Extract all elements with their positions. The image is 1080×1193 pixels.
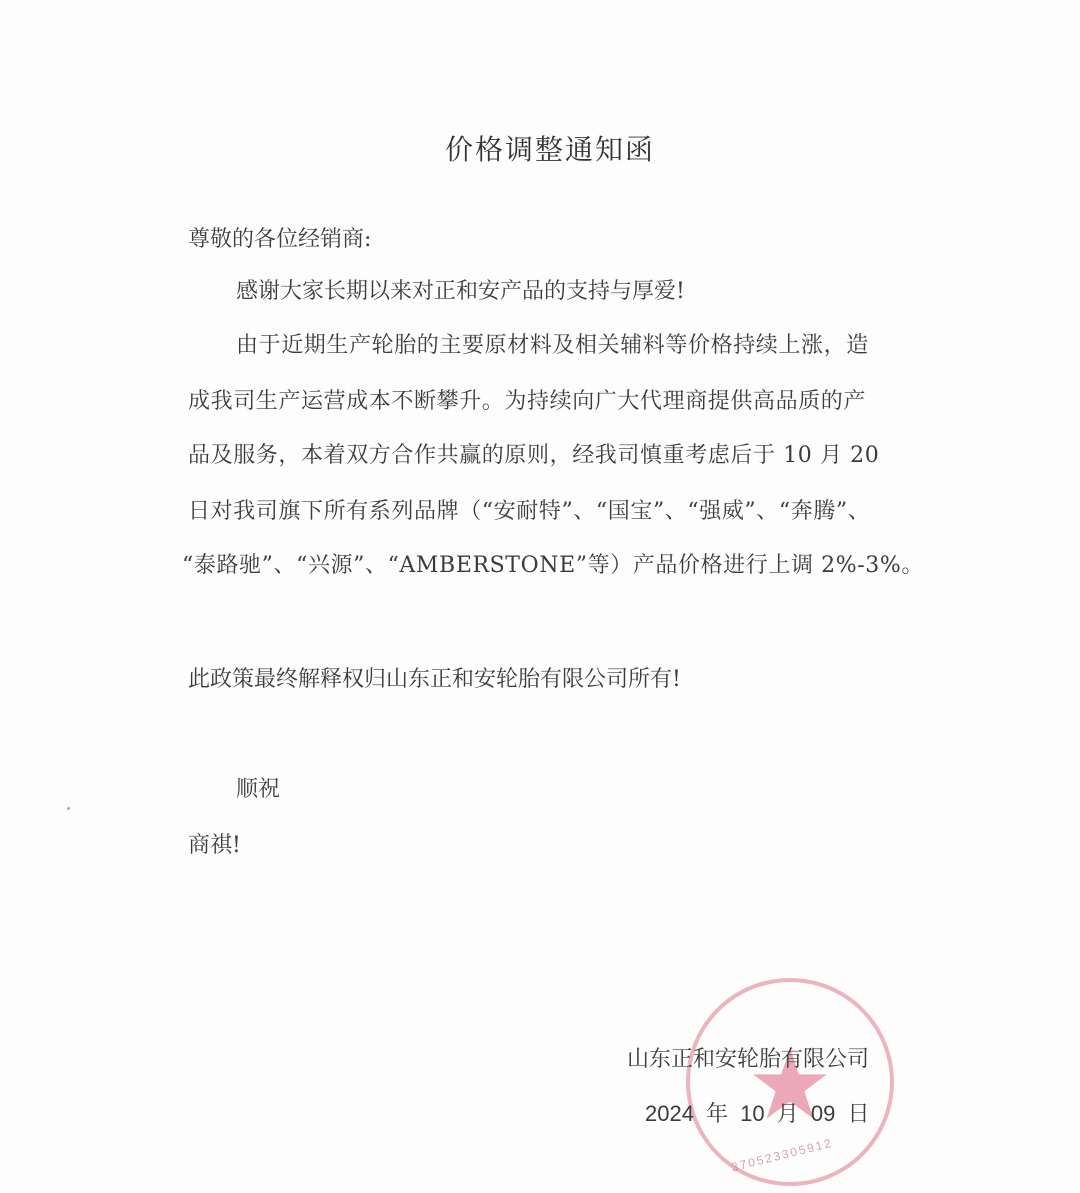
salutation: 尊敬的各位经销商:: [188, 222, 371, 253]
body-line-5: “泰路驰”、“兴源”、“AMBERSTONE”等）产品价格进行上调 2%-3%。: [182, 548, 924, 579]
policy-statement: 此政策最终解释权归山东正和安轮胎有限公司所有!: [188, 662, 681, 693]
body-line-1: 由于近期生产轮胎的主要原材料及相关辅料等价格持续上涨，造: [236, 328, 869, 359]
thanks-paragraph: 感谢大家长期以来对正和安产品的支持与厚爱!: [236, 274, 685, 305]
closing-greeting: 顺祝: [236, 772, 280, 803]
document-title: 价格调整通知函: [0, 128, 1080, 168]
body-line-2: 成我司生产运营成本不断攀升。为持续向广大代理商提供高品质的产: [188, 384, 866, 415]
document-page: 价格调整通知函 尊敬的各位经销商: 感谢大家长期以来对正和安产品的支持与厚爱! …: [0, 0, 1080, 1193]
body-line-3: 品及服务，本着双方合作共赢的原则，经我司慎重考虑后于 10 月 20: [188, 438, 879, 469]
scan-speck: [67, 807, 70, 810]
stamp-number: 370523305912: [730, 1136, 834, 1175]
body-line-4: 日对我司旗下所有系列品牌（“安耐特”、“国宝”、“强威”、“奔腾”、: [188, 494, 870, 525]
signature-company: 山东正和安轮胎有限公司: [627, 1042, 869, 1073]
signature-date: 2024 年 10 月 09 日: [645, 1097, 869, 1128]
closing-wish: 商祺!: [188, 828, 241, 859]
company-seal-stamp: 370523305912: [686, 978, 894, 1186]
